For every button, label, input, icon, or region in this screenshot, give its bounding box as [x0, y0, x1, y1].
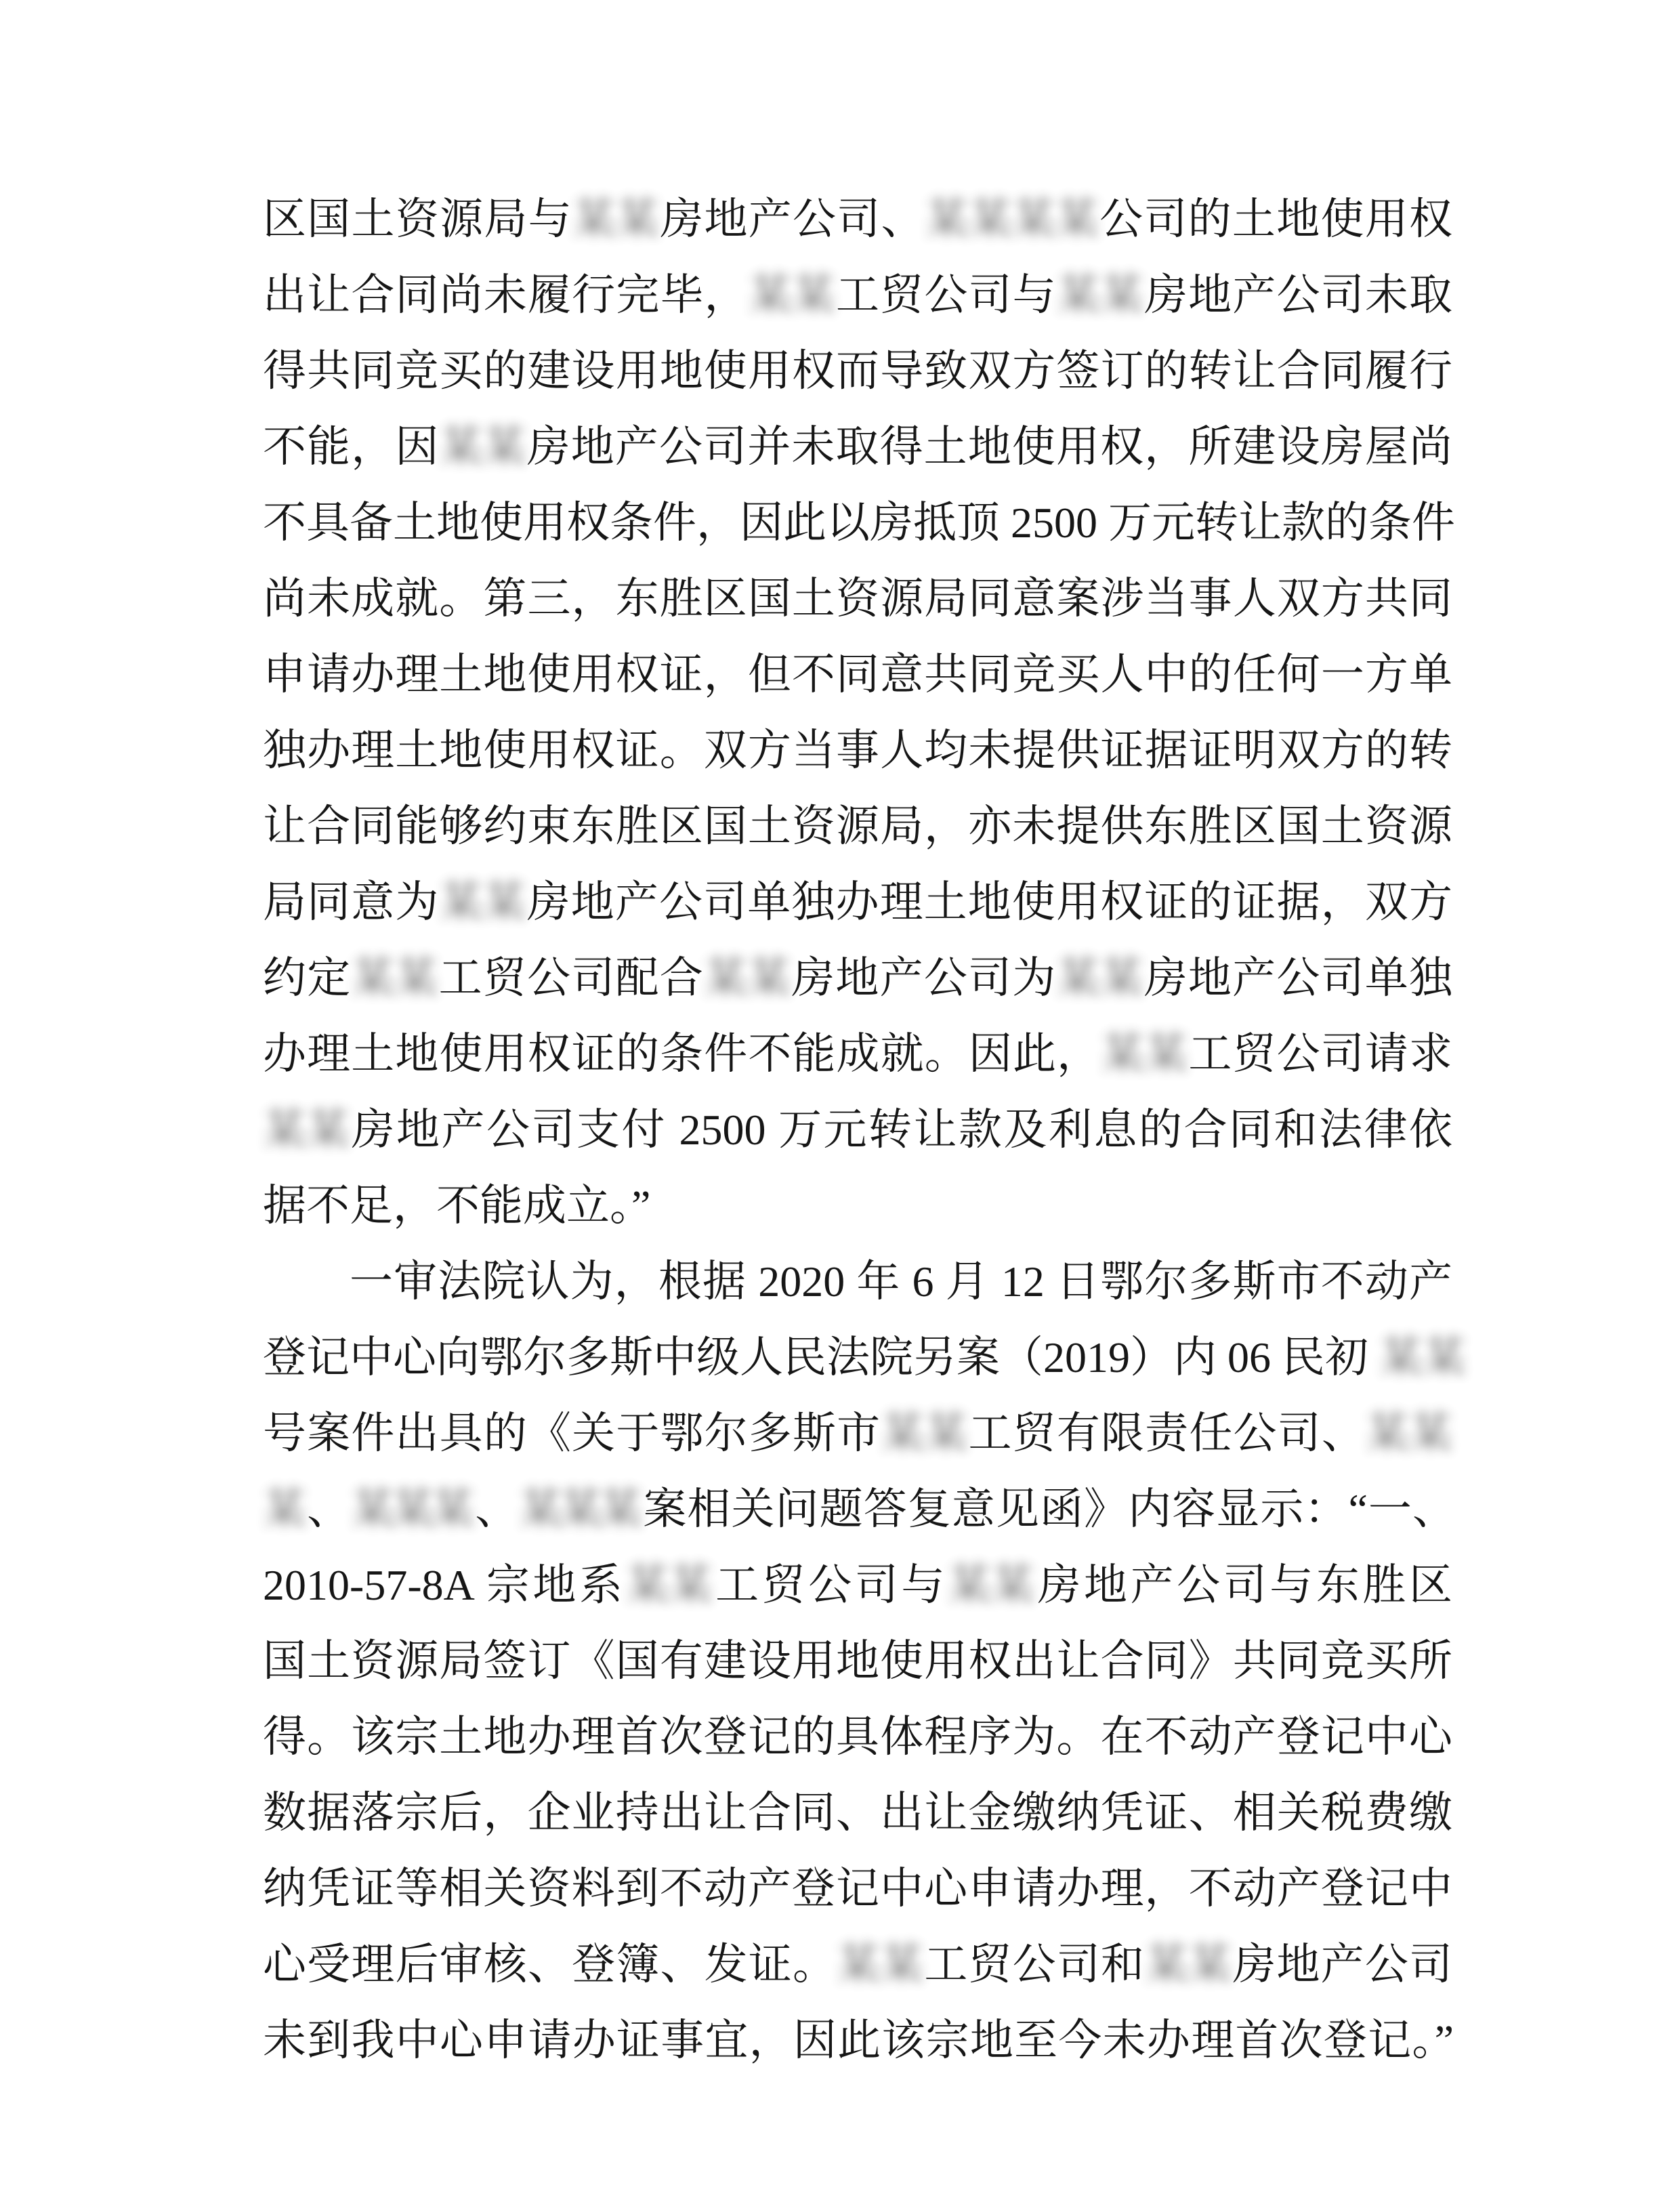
text-line: 不能，因某某房地产公司并未取得土地使用权，所建设房屋尚: [263, 409, 1452, 485]
text-line: 得共同竞买的建设用地使用权而导致双方签订的转让合同履行: [263, 333, 1452, 409]
text-line: 据不足，不能成立。”: [263, 1168, 1452, 1244]
redacted-text: 某某: [1057, 257, 1143, 333]
text-line: 局同意为某某房地产公司单独办理土地使用权证的证据，双方: [263, 865, 1452, 940]
text-line: 号案件出具的《关于鄂尔多斯市某某工贸有限责任公司、某某: [263, 1396, 1452, 1472]
text-line: 数据落宗后，企业持出让合同、出让金缴纳凭证、相关税费缴: [263, 1775, 1452, 1851]
text-segment: 心受理后审核、登簿、发证。: [263, 1940, 837, 1989]
text-line: 未到我中心申请办证事宜，因此该宗地至今未办理首次登记。”: [263, 2003, 1452, 2079]
redacted-text: 某某: [1366, 1396, 1452, 1472]
text-line: 一审法院认为，根据 2020 年 6 月 12 日鄂尔多斯市不动产: [263, 1244, 1452, 1320]
text-segment: 房地产公司: [1232, 1940, 1452, 1989]
text-segment: 工贸公司与: [835, 271, 1057, 319]
text-line: 出让合同尚未履行完毕，某某工贸公司与某某房地产公司未取: [263, 257, 1452, 333]
text-segment: 一审法院认为，根据 2020 年 6 月 12 日鄂尔多斯市不动产: [350, 1257, 1452, 1306]
text-line: 申请办理土地使用权证，但不同意共同竞买人中的任何一方单: [263, 637, 1452, 713]
text-segment: 工贸公司和: [923, 1940, 1145, 1989]
text-segment: 房地产公司单独办理土地使用权证的证据，双方: [526, 878, 1452, 926]
redacted-text: 某某: [439, 865, 526, 940]
redacted-text: 某某: [1145, 1927, 1232, 2003]
text-line: 约定某某工贸公司配合某某房地产公司为某某房地产公司单独: [263, 940, 1452, 1016]
text-segment: 数据落宗后，企业持出让合同、出让金缴纳凭证、相关税费缴: [263, 1789, 1452, 1837]
redacted-text: 某某某: [519, 1472, 639, 1547]
text-segment: 房地产公司并未取得土地使用权，所建设房屋尚: [526, 423, 1452, 471]
redacted-text: 某某: [1101, 1016, 1188, 1092]
judgment-text-block: 区国土资源局与某某房地产公司、某某某某公司的土地使用权出让合同尚未履行完毕，某某…: [263, 182, 1452, 2079]
redacted-text: 某: [263, 1472, 303, 1547]
redacted-text: 某某某某: [925, 182, 1099, 257]
text-segment: 区国土资源局与: [263, 195, 572, 243]
text-segment: 国土资源局签订《国有建设用地使用权出让合同》共同竞买所: [263, 1637, 1452, 1685]
text-line: 区国土资源局与某某房地产公司、某某某某公司的土地使用权: [263, 182, 1452, 257]
redacted-text: 某某: [572, 182, 659, 257]
text-segment: 号案件出具的《关于鄂尔多斯市: [263, 1409, 881, 1457]
text-segment: 登记中心向鄂尔多斯中级人民法院另案（2019）内 06 民初: [263, 1333, 1379, 1381]
text-segment: 房地产公司与东胜区: [1034, 1561, 1452, 1609]
text-segment: 房地产公司未取: [1143, 271, 1452, 319]
text-line: 国土资源局签订《国有建设用地使用权出让合同》共同竞买所: [263, 1623, 1452, 1699]
text-segment: 房地产公司单独: [1143, 954, 1453, 1002]
redacted-text: 某某: [948, 1547, 1034, 1623]
text-line: 让合同能够约束东胜区国土资源局，亦未提供东胜区国土资源: [263, 789, 1452, 865]
text-segment: 工贸公司与: [713, 1561, 948, 1609]
text-segment: 公司的土地使用权: [1099, 195, 1452, 243]
text-segment: 工贸公司请求: [1188, 1030, 1452, 1078]
text-segment: 让合同能够约束东胜区国土资源局，亦未提供东胜区国土资源: [263, 802, 1452, 850]
text-segment: 得。该宗土地办理首次登记的具体程序为。在不动产登记中心: [263, 1713, 1452, 1761]
text-line: 得。该宗土地办理首次登记的具体程序为。在不动产登记中心: [263, 1699, 1452, 1775]
redacted-text: 某某: [1379, 1320, 1466, 1396]
redacted-text: 某某: [439, 409, 526, 485]
text-line: 纳凭证等相关资料到不动产登记中心申请办理，不动产登记中: [263, 1851, 1452, 1927]
text-line: 不具备土地使用权条件，因此以房抵顶 2500 万元转让款的条件: [263, 485, 1452, 561]
judgment-scan-page: 区国土资源局与某某房地产公司、某某某某公司的土地使用权出让合同尚未履行完毕，某某…: [0, 0, 1680, 2206]
text-segment: 房地产公司支付 2500 万元转让款及利息的合同和法律依: [350, 1106, 1452, 1154]
text-segment: 独办理土地使用权证。双方当事人均未提供证据证明双方的转: [263, 726, 1452, 774]
redacted-text: 某某: [1057, 940, 1143, 1016]
text-segment: 、: [471, 1485, 519, 1533]
redacted-text: 某某: [837, 1927, 923, 2003]
text-line: 办理土地使用权证的条件不能成就。因此，某某工贸公司请求: [263, 1016, 1452, 1092]
text-segment: 工贸有限责任公司、: [967, 1409, 1366, 1457]
redacted-text: 某某: [626, 1547, 713, 1623]
redacted-text: 某某: [749, 257, 835, 333]
text-segment: 约定: [263, 954, 351, 1002]
text-segment: 办理土地使用权证的条件不能成就。因此，: [263, 1030, 1101, 1078]
redacted-text: 某某: [351, 940, 438, 1016]
text-line: 登记中心向鄂尔多斯中级人民法院另案（2019）内 06 民初 某某: [263, 1320, 1452, 1396]
redacted-text: 某某: [704, 940, 791, 1016]
redacted-text: 某某: [263, 1092, 350, 1168]
text-segment: 不能，因: [263, 423, 439, 471]
text-line: 独办理土地使用权证。双方当事人均未提供证据证明双方的转: [263, 713, 1452, 789]
text-segment: 出让合同尚未履行完毕，: [263, 271, 749, 319]
text-segment: 尚未成就。第三，东胜区国土资源局同意案涉当事人双方共同: [263, 575, 1452, 623]
text-line: 某某房地产公司支付 2500 万元转让款及利息的合同和法律依: [263, 1092, 1452, 1168]
redacted-text: 某某: [881, 1396, 967, 1472]
text-segment: 据不足，不能成立。”: [263, 1182, 650, 1230]
text-line: 心受理后审核、登簿、发证。某某工贸公司和某某房地产公司: [263, 1927, 1452, 2003]
text-segment: 纳凭证等相关资料到不动产登记中心申请办理，不动产登记中: [263, 1865, 1452, 1913]
redacted-text: 某某某: [351, 1472, 471, 1547]
text-segment: 未到我中心申请办证事宜，因此该宗地至今未办理首次登记。”: [263, 2016, 1452, 2064]
text-segment: 2010-57-8A 宗地系: [263, 1561, 626, 1609]
text-segment: 得共同竞买的建设用地使用权而导致双方签订的转让合同履行: [263, 347, 1452, 395]
text-segment: 局同意为: [263, 878, 439, 926]
text-line: 某、某某某、某某某案相关问题答复意见函》内容显示：“一、: [263, 1472, 1452, 1547]
text-segment: 申请办理土地使用权证，但不同意共同竞买人中的任何一方单: [263, 650, 1452, 699]
text-segment: 房地产公司、: [659, 195, 925, 243]
text-segment: 工贸公司配合: [438, 954, 704, 1002]
text-line: 尚未成就。第三，东胜区国土资源局同意案涉当事人双方共同: [263, 561, 1452, 637]
text-segment: 案相关问题答复意见函》内容显示：“一、: [639, 1485, 1452, 1533]
text-segment: 、: [303, 1485, 351, 1533]
text-segment: 房地产公司为: [791, 954, 1057, 1002]
text-segment: 不具备土地使用权条件，因此以房抵顶 2500 万元转让款的条件: [263, 499, 1455, 547]
text-line: 2010-57-8A 宗地系某某工贸公司与某某房地产公司与东胜区: [263, 1547, 1452, 1623]
